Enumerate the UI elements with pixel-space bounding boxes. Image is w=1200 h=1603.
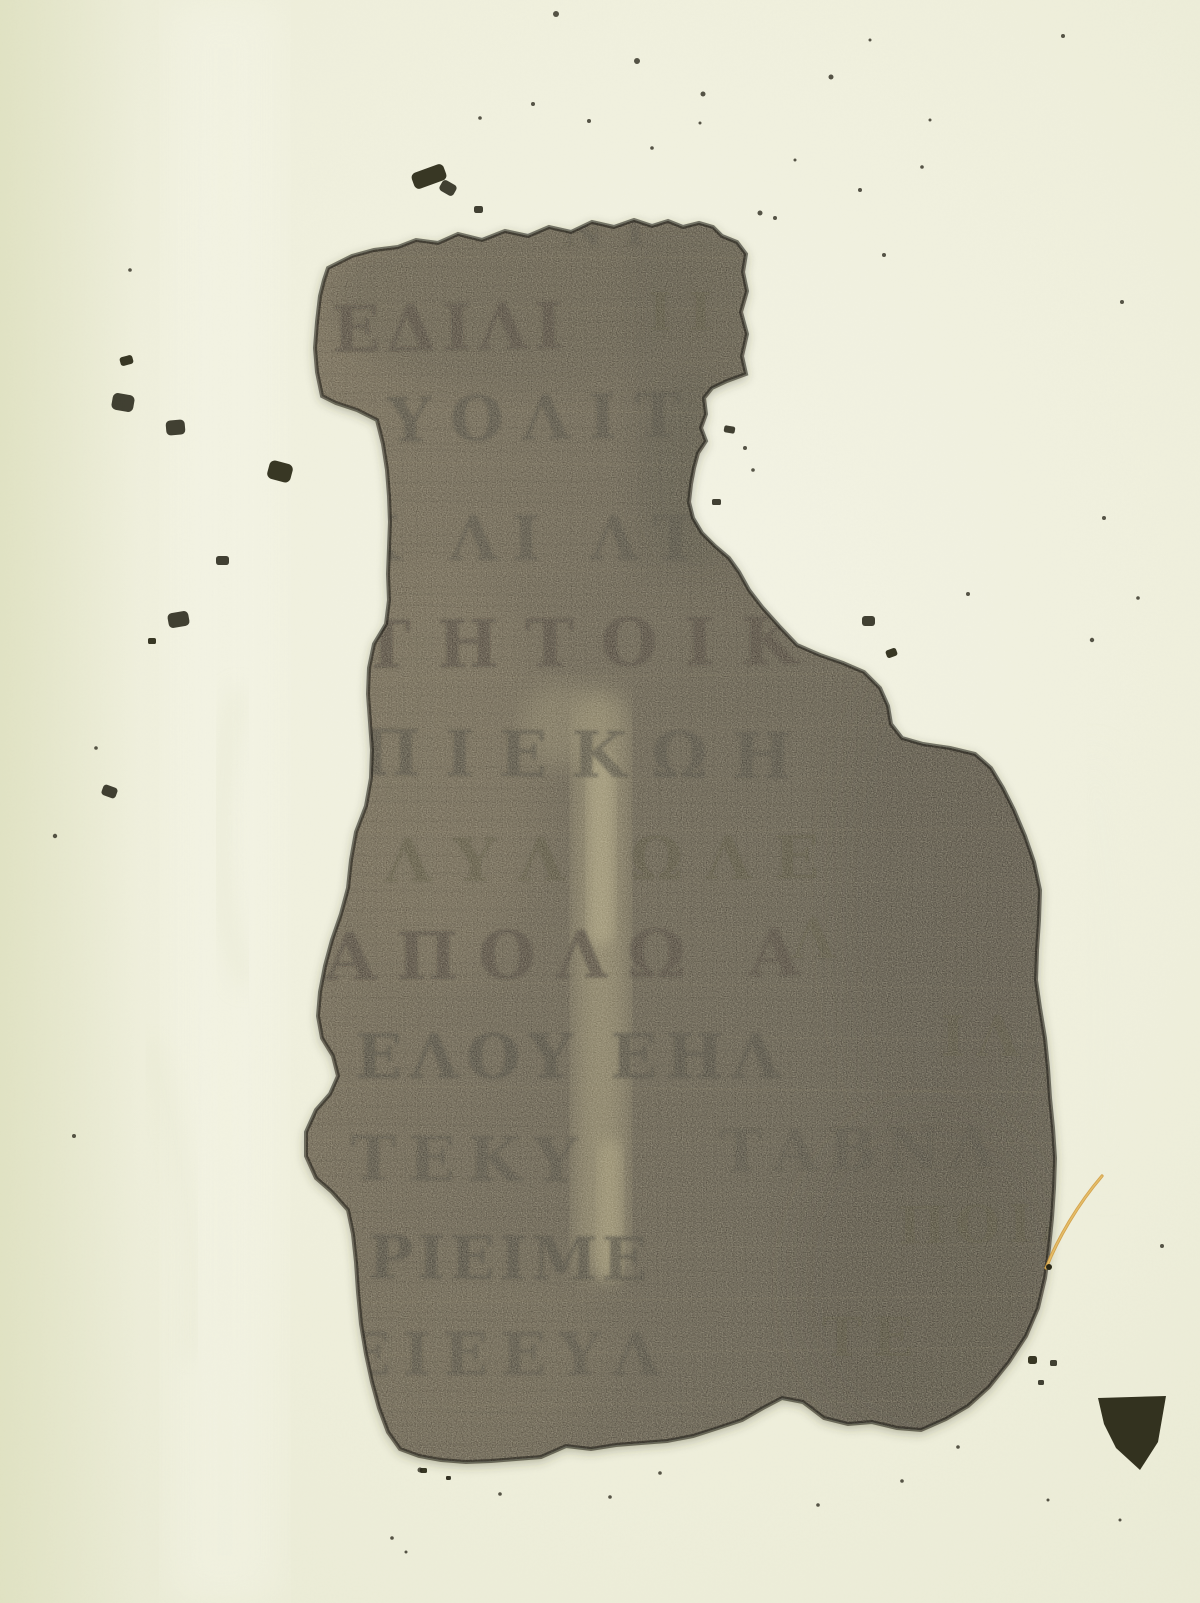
dust-dot bbox=[1102, 516, 1106, 520]
dust-dot bbox=[1090, 638, 1094, 642]
dust-dot bbox=[405, 1551, 408, 1554]
dust-dot bbox=[1136, 596, 1140, 600]
dust-dot bbox=[751, 468, 755, 472]
dust-dot bbox=[418, 1468, 423, 1473]
dust-dot bbox=[794, 159, 797, 162]
dust-dot bbox=[929, 119, 932, 122]
dust-dot bbox=[773, 216, 777, 220]
debris-flake bbox=[165, 419, 185, 436]
dust-dot bbox=[900, 1479, 904, 1483]
debris-flake bbox=[148, 638, 156, 644]
dust-dot bbox=[553, 11, 559, 17]
dust-dot bbox=[699, 122, 702, 125]
dust-dot bbox=[446, 1476, 450, 1480]
dust-dot bbox=[1061, 34, 1065, 38]
dust-dot bbox=[743, 446, 747, 450]
dust-dot bbox=[829, 75, 834, 80]
debris-flake bbox=[474, 206, 483, 213]
dust-dot bbox=[587, 119, 591, 123]
debris-flake bbox=[862, 616, 875, 626]
dust-dot bbox=[53, 834, 57, 838]
dust-dot bbox=[869, 39, 872, 42]
dust-dot bbox=[956, 1445, 960, 1449]
dust-dot bbox=[758, 211, 763, 216]
dust-dot bbox=[634, 58, 640, 64]
dust-dot bbox=[128, 268, 132, 272]
dust-dot bbox=[701, 92, 706, 97]
dust-dot bbox=[531, 102, 535, 106]
dust-dot bbox=[608, 1495, 612, 1499]
dust-dot bbox=[1160, 1244, 1164, 1248]
dust-dot bbox=[1120, 300, 1124, 304]
dust-dot bbox=[650, 146, 654, 150]
dust-dot bbox=[882, 253, 886, 257]
papyrus-fragment-photo: ΝΤΕΔΙΛΙΙΙΥΟΛΙΤΚ ΛΙ ΛΤΤΗΤΟΙΚΠΙΕΚΩΗΛΥΛ ΩΛΕ… bbox=[0, 0, 1200, 1603]
debris-flake bbox=[216, 556, 229, 565]
dust-dot bbox=[858, 188, 862, 192]
debris-flake bbox=[1028, 1356, 1037, 1364]
dust-dot bbox=[920, 165, 924, 169]
dust-dot bbox=[498, 1492, 502, 1496]
photo-canvas: ΝΤΕΔΙΛΙΙΙΥΟΛΙΤΚ ΛΙ ΛΤΤΗΤΟΙΚΠΙΕΚΩΗΛΥΛ ΩΛΕ… bbox=[0, 0, 1200, 1603]
fiber-base-dot bbox=[1046, 1264, 1052, 1270]
debris-flake bbox=[1038, 1380, 1044, 1385]
debris-flake bbox=[1050, 1360, 1057, 1366]
dust-dot bbox=[94, 746, 98, 750]
dust-dot bbox=[658, 1471, 662, 1475]
dust-dot bbox=[816, 1503, 820, 1507]
dust-dot bbox=[390, 1536, 394, 1540]
dust-dot bbox=[1119, 1519, 1122, 1522]
dust-dot bbox=[72, 1134, 76, 1138]
dust-dot bbox=[966, 592, 970, 596]
debris-flake bbox=[712, 499, 721, 505]
dust-dot bbox=[1047, 1499, 1050, 1502]
dust-dot bbox=[478, 116, 482, 120]
